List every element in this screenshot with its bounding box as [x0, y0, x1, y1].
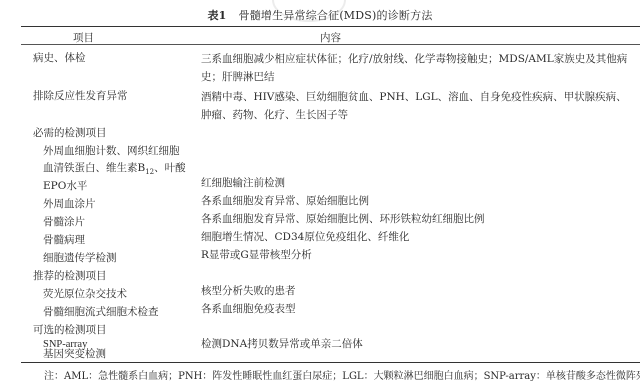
row-item: 排除反应性发育异常	[33, 88, 128, 103]
section-label: 推荐的检测项目	[33, 268, 107, 283]
row-item: 病史、体检	[33, 50, 86, 65]
row-content: R显带或G显带核型分析	[201, 246, 633, 264]
row-content: 细胞增生情况、CD34原位免疫组化、纤维化	[201, 228, 633, 246]
row-content: 检测DNA拷贝数异常或单亲二倍体	[201, 335, 633, 353]
row-item: 骨髓涂片	[43, 214, 85, 229]
row-item: 血清铁蛋白、维生素B12、叶酸	[43, 160, 186, 176]
row-item: 细胞遗传学检测	[43, 250, 117, 265]
row-content: 红细胞输注前检测	[201, 174, 633, 192]
table-footnote: 注：AML：急性髓系白血病；PNH：阵发性睡眠性血红蛋白尿症；LGL：大颗粒淋巴…	[44, 367, 640, 382]
row-item-text: 血清铁蛋白、维生素B	[43, 162, 145, 174]
row-content: 各系血细胞发育异常、原始细胞比例、环形铁粒幼红细胞比例	[201, 210, 633, 228]
row-content: 各系血细胞免疫表型	[201, 300, 633, 318]
header-rule	[21, 44, 640, 45]
table-title: 骨髓增生异常综合征(MDS)的诊断方法	[239, 9, 433, 22]
row-item: 外周血涂片	[43, 196, 96, 211]
section-label: 必需的检测项目	[33, 125, 107, 140]
row-item: 基因突变检测	[43, 346, 106, 361]
header-item: 项目	[73, 30, 94, 45]
row-item: 骨髓病理	[43, 232, 85, 247]
row-content: 酒精中毒、HIV感染、巨幼细胞贫血、PNH、LGL、溶血、自身免疫性疾病、甲状腺…	[201, 88, 633, 124]
bottom-rule	[21, 362, 640, 363]
row-item-subscript: 12	[145, 168, 154, 176]
top-rule	[21, 26, 640, 27]
row-content: 核型分析失败的患者	[201, 282, 633, 300]
section-label: 可选的检测项目	[33, 322, 107, 337]
header-content: 内容	[320, 30, 341, 45]
table-caption: 表1骨髓增生异常综合征(MDS)的诊断方法	[0, 7, 640, 23]
row-item: 骨髓细胞流式细胞术检查	[43, 304, 159, 319]
row-content: 各系血细胞发育异常、原始细胞比例	[201, 192, 633, 210]
table-number: 表1	[207, 9, 226, 22]
row-item: 外周血细胞计数、网织红细胞	[43, 143, 180, 158]
row-item: 荧光原位杂交技术	[43, 286, 127, 301]
row-item: EPO水平	[43, 178, 87, 193]
row-item-suffix: 、叶酸	[154, 162, 186, 174]
row-content: 三系血细胞减少相应症状体征；化疗/放射线、化学毒物接触史；MDS/AML家族史及…	[201, 50, 633, 86]
